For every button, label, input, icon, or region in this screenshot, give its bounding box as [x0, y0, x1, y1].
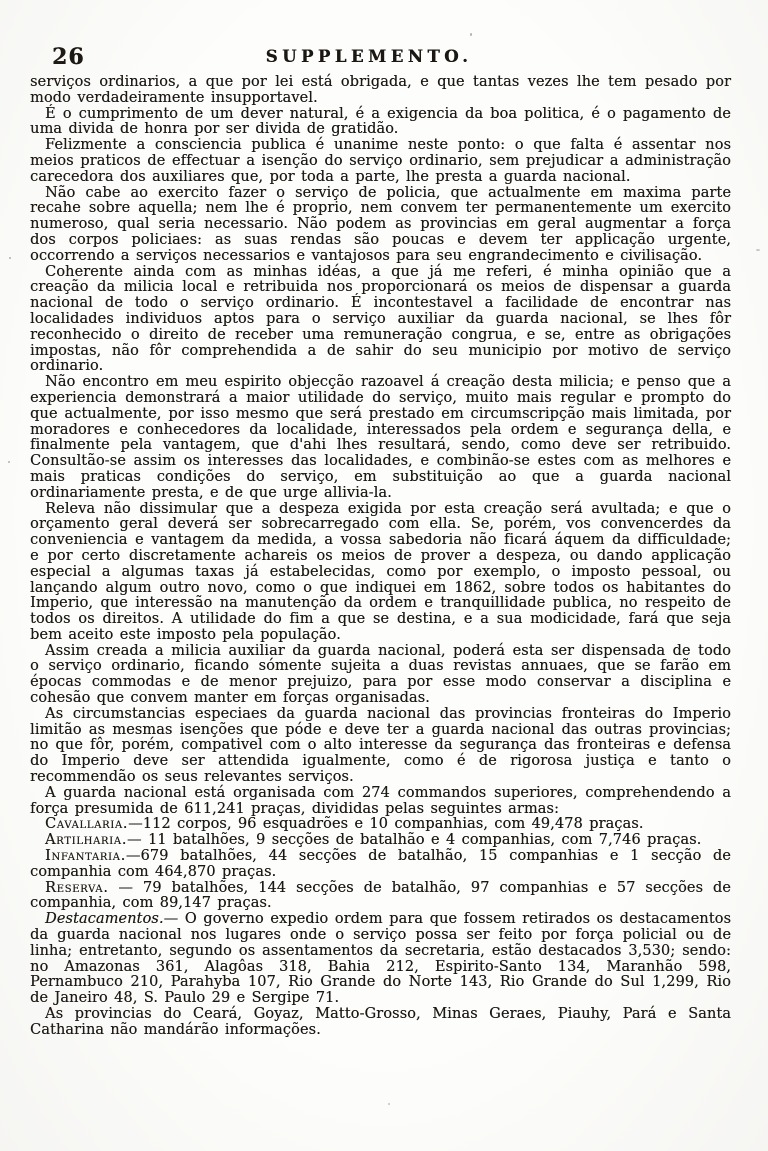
closing-paragraph: As provincias do Ceará, Goyaz, Matto-Gro… — [30, 1007, 731, 1039]
scan-speck — [424, 889, 426, 891]
arm-item-cavallaria: Cavallaria.—112 corpos, 96 esquadrões e … — [30, 817, 731, 833]
arm-item-infantaria: Infantaria.—679 batalhões, 44 secções de… — [30, 849, 731, 881]
arm-label: Destacamentos. — [45, 911, 164, 927]
arm-text: — 11 batalhões, 9 secções de batalhão e … — [127, 832, 701, 848]
scanned-document-page: 26 SUPPLEMENTO. serviços ordinarios, a q… — [0, 0, 768, 1151]
paragraph: A guarda nacional está organisada com 27… — [30, 786, 731, 818]
arm-label: Cavallaria. — [45, 816, 128, 832]
paragraph: As circumstancias especiaes da guarda na… — [30, 707, 731, 786]
arm-item-artilharia: Artilharia.— 11 batalhões, 9 secções de … — [30, 833, 731, 849]
paragraph: Releva não dissimular que a despeza exig… — [30, 502, 731, 644]
arm-item-destacamentos: Destacamentos.— O governo expedio ordem … — [30, 912, 731, 1007]
paragraph: Assim creada a milicia auxiliar da guard… — [30, 644, 731, 707]
arm-label: Infantaria. — [45, 848, 126, 864]
arm-text: —112 corpos, 96 esquadrões e 10 companhi… — [128, 816, 643, 832]
paragraph: Felizmente a consciencia publica é unani… — [30, 138, 731, 185]
arm-item-reserva: Reserva. — 79 batalhões, 144 secções de … — [30, 881, 731, 913]
page-header: 26 SUPPLEMENTO. — [0, 0, 768, 76]
arm-label: Artilharia. — [45, 832, 127, 848]
paragraph: Não cabe ao exercito fazer o serviço de … — [30, 186, 731, 265]
arm-text: —679 batalhões, 44 secções de batalhão, … — [30, 848, 731, 880]
arm-label: Reserva. — [45, 880, 109, 896]
page-title: SUPPLEMENTO. — [0, 47, 738, 66]
paragraph: serviços ordinarios, a que por lei está … — [30, 75, 731, 107]
scan-speck — [388, 1103, 390, 1105]
scan-speck — [8, 461, 10, 463]
text-column: serviços ordinarios, a que por lei está … — [30, 75, 731, 1039]
scan-speck — [756, 249, 760, 251]
scan-speck — [9, 257, 11, 259]
arm-text: — 79 batalhões, 144 secções de batalhão,… — [30, 880, 731, 912]
paragraph: Não encontro em meu espirito objecção ra… — [30, 375, 731, 501]
scan-speck — [470, 33, 472, 36]
paragraph: É o cumprimento de um dever natural, é a… — [30, 107, 731, 139]
paragraph: Coherente ainda com as minhas idéas, a q… — [30, 265, 731, 376]
